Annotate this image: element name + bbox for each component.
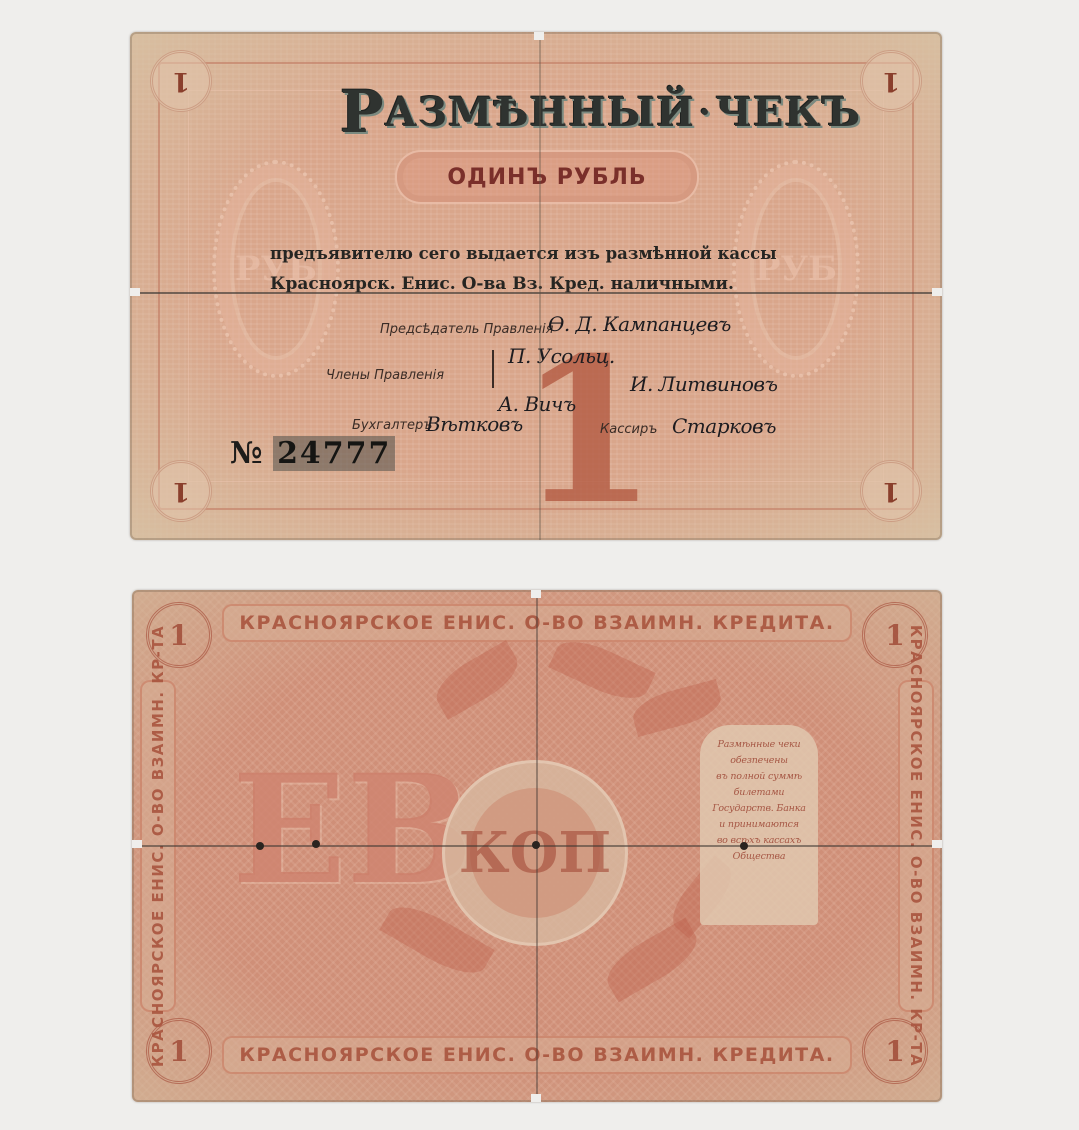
corner-numeral-text: 1 [172,476,190,506]
redemption-text-panel: Размѣнные чеки обезпечены въ полной сумм… [700,725,818,925]
horizontal-fold-line [130,292,942,294]
cashier-label: Кассиръ [600,422,657,437]
title-separator: • [695,102,716,123]
banknote-back: КРАСНОЯРСКОЕ ЕНИС. О-ВО ВЗАИМН. КРЕДИТА.… [132,590,942,1102]
corner-numeral-text: 1 [882,476,900,506]
corner-numeral-bottom-left: 1 [150,460,212,522]
panel-line: обезпечены [730,755,788,766]
corner-numeral-bottom-right: 1 [860,460,922,522]
panel-line: Государств. Банка [712,803,805,814]
board-members-label: Члены Правленія [326,368,444,383]
corner-numeral-text: 1 [169,619,188,652]
pinhole [740,842,748,850]
pinhole [532,841,540,849]
corner-numeral-text: 1 [885,1035,904,1068]
back-corner-numeral-bottom-left: 1 [146,1018,212,1084]
panel-line: и принимаются [719,819,799,830]
corner-numeral-top-left: 1 [150,50,212,112]
center-seal: КОП [442,760,628,946]
banknote-front: 1 1 1 1 РУБ РУБ 1 РАЗМѢННЫЙ•ЧЕКЪ ОДИНЪ Р… [130,32,942,540]
member-signature-1: П. Усольц. [508,344,615,368]
back-corner-numeral-top-left: 1 [146,602,212,668]
vertical-fold-line [539,32,541,540]
tear-notch-top [531,590,541,598]
panel-line: билетами [734,787,785,798]
corner-numeral-text: 1 [169,1035,188,1068]
left-oval-medallion: РУБ [212,160,340,378]
title-initial: Р [340,78,385,146]
serial-prefix: № [230,436,263,471]
value-text: ОДИНЪ РУБЛЬ [447,165,646,190]
value-cartouche: ОДИНЪ РУБЛЬ [395,150,699,204]
tear-notch-top [534,32,544,40]
back-corner-numeral-bottom-right: 1 [862,1018,928,1084]
body-text-line-2: Красноярск. Енис. О-ва Вз. Кред. наличны… [270,274,734,294]
chairman-signature: Ѳ. Д. Кампанцевъ [548,312,731,336]
corner-numeral-text: 1 [885,619,904,652]
corner-numeral-top-right: 1 [860,50,922,112]
title-word-2: ЧЕКЪ [716,89,862,136]
body-text-line-1: предъявителю сего выдается изъ размѣнной… [270,244,777,263]
tear-notch-left [130,288,140,296]
center-seal-inner: КОП [470,788,600,918]
society-monogram: ЕВ [232,710,372,950]
tear-notch-right [932,288,942,296]
panel-line: Общества [733,851,786,862]
accountant-label: Бухгалтеръ [352,418,432,433]
serial-digits: 24777 [273,436,395,471]
foliage-ornament [428,640,526,720]
foliage-ornament [548,631,656,710]
tear-notch-right [932,840,942,848]
panel-line: въ полной суммѣ [716,771,802,782]
accountant-signature: Вѣтковъ [426,412,523,436]
pinhole [312,840,320,848]
panel-line: Размѣнные чеки [718,739,801,750]
pinhole [256,842,264,850]
corner-numeral-text: 1 [882,66,900,96]
cashier-signature: Старковъ [672,414,776,438]
member-signature-2: И. Литвиновъ [630,372,777,396]
tear-notch-bottom [531,1094,541,1102]
members-bracket [492,350,494,388]
back-corner-numeral-top-right: 1 [862,602,928,668]
tear-notch-left [132,840,142,848]
chairman-label: Предсѣдатель Правленія [380,322,553,337]
serial-number: № 24777 [230,436,395,471]
corner-numeral-text: 1 [172,66,190,96]
right-oval-medallion: РУБ [732,160,860,378]
